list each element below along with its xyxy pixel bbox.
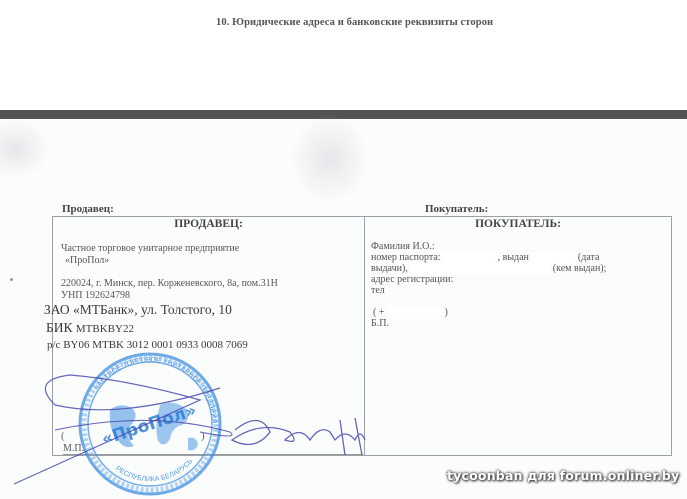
- buyer-phone-prefix: ( +: [373, 307, 384, 318]
- company-stamp: ЧАСТНОЕ ТОРГОВОЕ УНИТАРНОЕ ПРЕДПРИЯТИЕ «…: [70, 350, 230, 498]
- seller-company-line1: Частное торговое унитарное предприятие: [61, 243, 239, 255]
- buyer-issue-date-hint: (дата: [578, 252, 600, 263]
- buyer-reg-address-field: адрес регистрации:: [371, 274, 453, 286]
- seller-label: Продавец:: [62, 203, 114, 215]
- redacted-phone: [387, 307, 442, 319]
- buyer-issued-by-field: выдачи), (кем выдан);: [371, 263, 606, 275]
- previous-page-fragment: 10. Юридические адреса и банковские рекв…: [0, 0, 687, 110]
- buyer-reg-address-label: адрес регистрации:: [371, 274, 453, 285]
- buyer-bp-label: Б.П.: [371, 318, 389, 330]
- column-divider: [364, 217, 365, 455]
- seller-unp: УНП 192624798: [61, 290, 130, 302]
- scan-speck: [10, 278, 13, 281]
- watermark: tycoonban для forum.onliner.by: [447, 468, 679, 483]
- buyer-phone-field: ( + ): [373, 307, 448, 319]
- buyer-phone-label: тел: [371, 285, 385, 297]
- buyer-issued-by-hint: (кем выдан);: [553, 263, 607, 274]
- buyer-passport-label: номер паспорта:: [371, 252, 441, 263]
- buyer-label: Покупатель:: [425, 203, 488, 215]
- stamp-bottom-text: РЕСПУБЛИКА БЕЛАРУСЬ: [114, 458, 194, 484]
- seller-bik-label: БИК: [46, 320, 73, 335]
- redacted-issued-by: [410, 263, 550, 275]
- signature-paren-open: (: [61, 430, 65, 442]
- seller-bank: ЗАО «МТБанк», ул. Толстого, 10: [44, 302, 232, 318]
- seller-company-line2: «ПроПол»: [65, 255, 109, 267]
- redacted-passport: [443, 252, 495, 264]
- scan-smudge: [290, 114, 370, 204]
- buyer-issue-date-hint2: выдачи),: [371, 263, 408, 274]
- buyer-issued-label: , выдан: [498, 252, 529, 263]
- buyer-phone-close: ): [444, 307, 447, 318]
- seller-heading: ПРОДАВЕЦ:: [53, 218, 364, 230]
- svg-text:РЕСПУБЛИКА БЕЛАРУСЬ: РЕСПУБЛИКА БЕЛАРУСЬ: [114, 458, 194, 484]
- seller-bik-code: MTBKBY22: [76, 323, 134, 335]
- scan-smudge: [0, 119, 50, 179]
- buyer-heading: ПОКУПАТЕЛЬ:: [365, 218, 671, 230]
- buyer-name-field: Фамилия И.О.:: [371, 241, 435, 253]
- seller-address: 220024, г. Минск, пер. Корженевского, 8а…: [61, 278, 278, 290]
- buyer-passport-field: номер паспорта: , выдан (дата: [371, 252, 599, 264]
- buyer-name-label: Фамилия И.О.:: [371, 241, 435, 252]
- seller-bik: БИК MTBKBY22: [46, 320, 134, 337]
- redacted-issue-date: [531, 252, 575, 264]
- section-title: 10. Юридические адреса и банковские рекв…: [216, 17, 493, 28]
